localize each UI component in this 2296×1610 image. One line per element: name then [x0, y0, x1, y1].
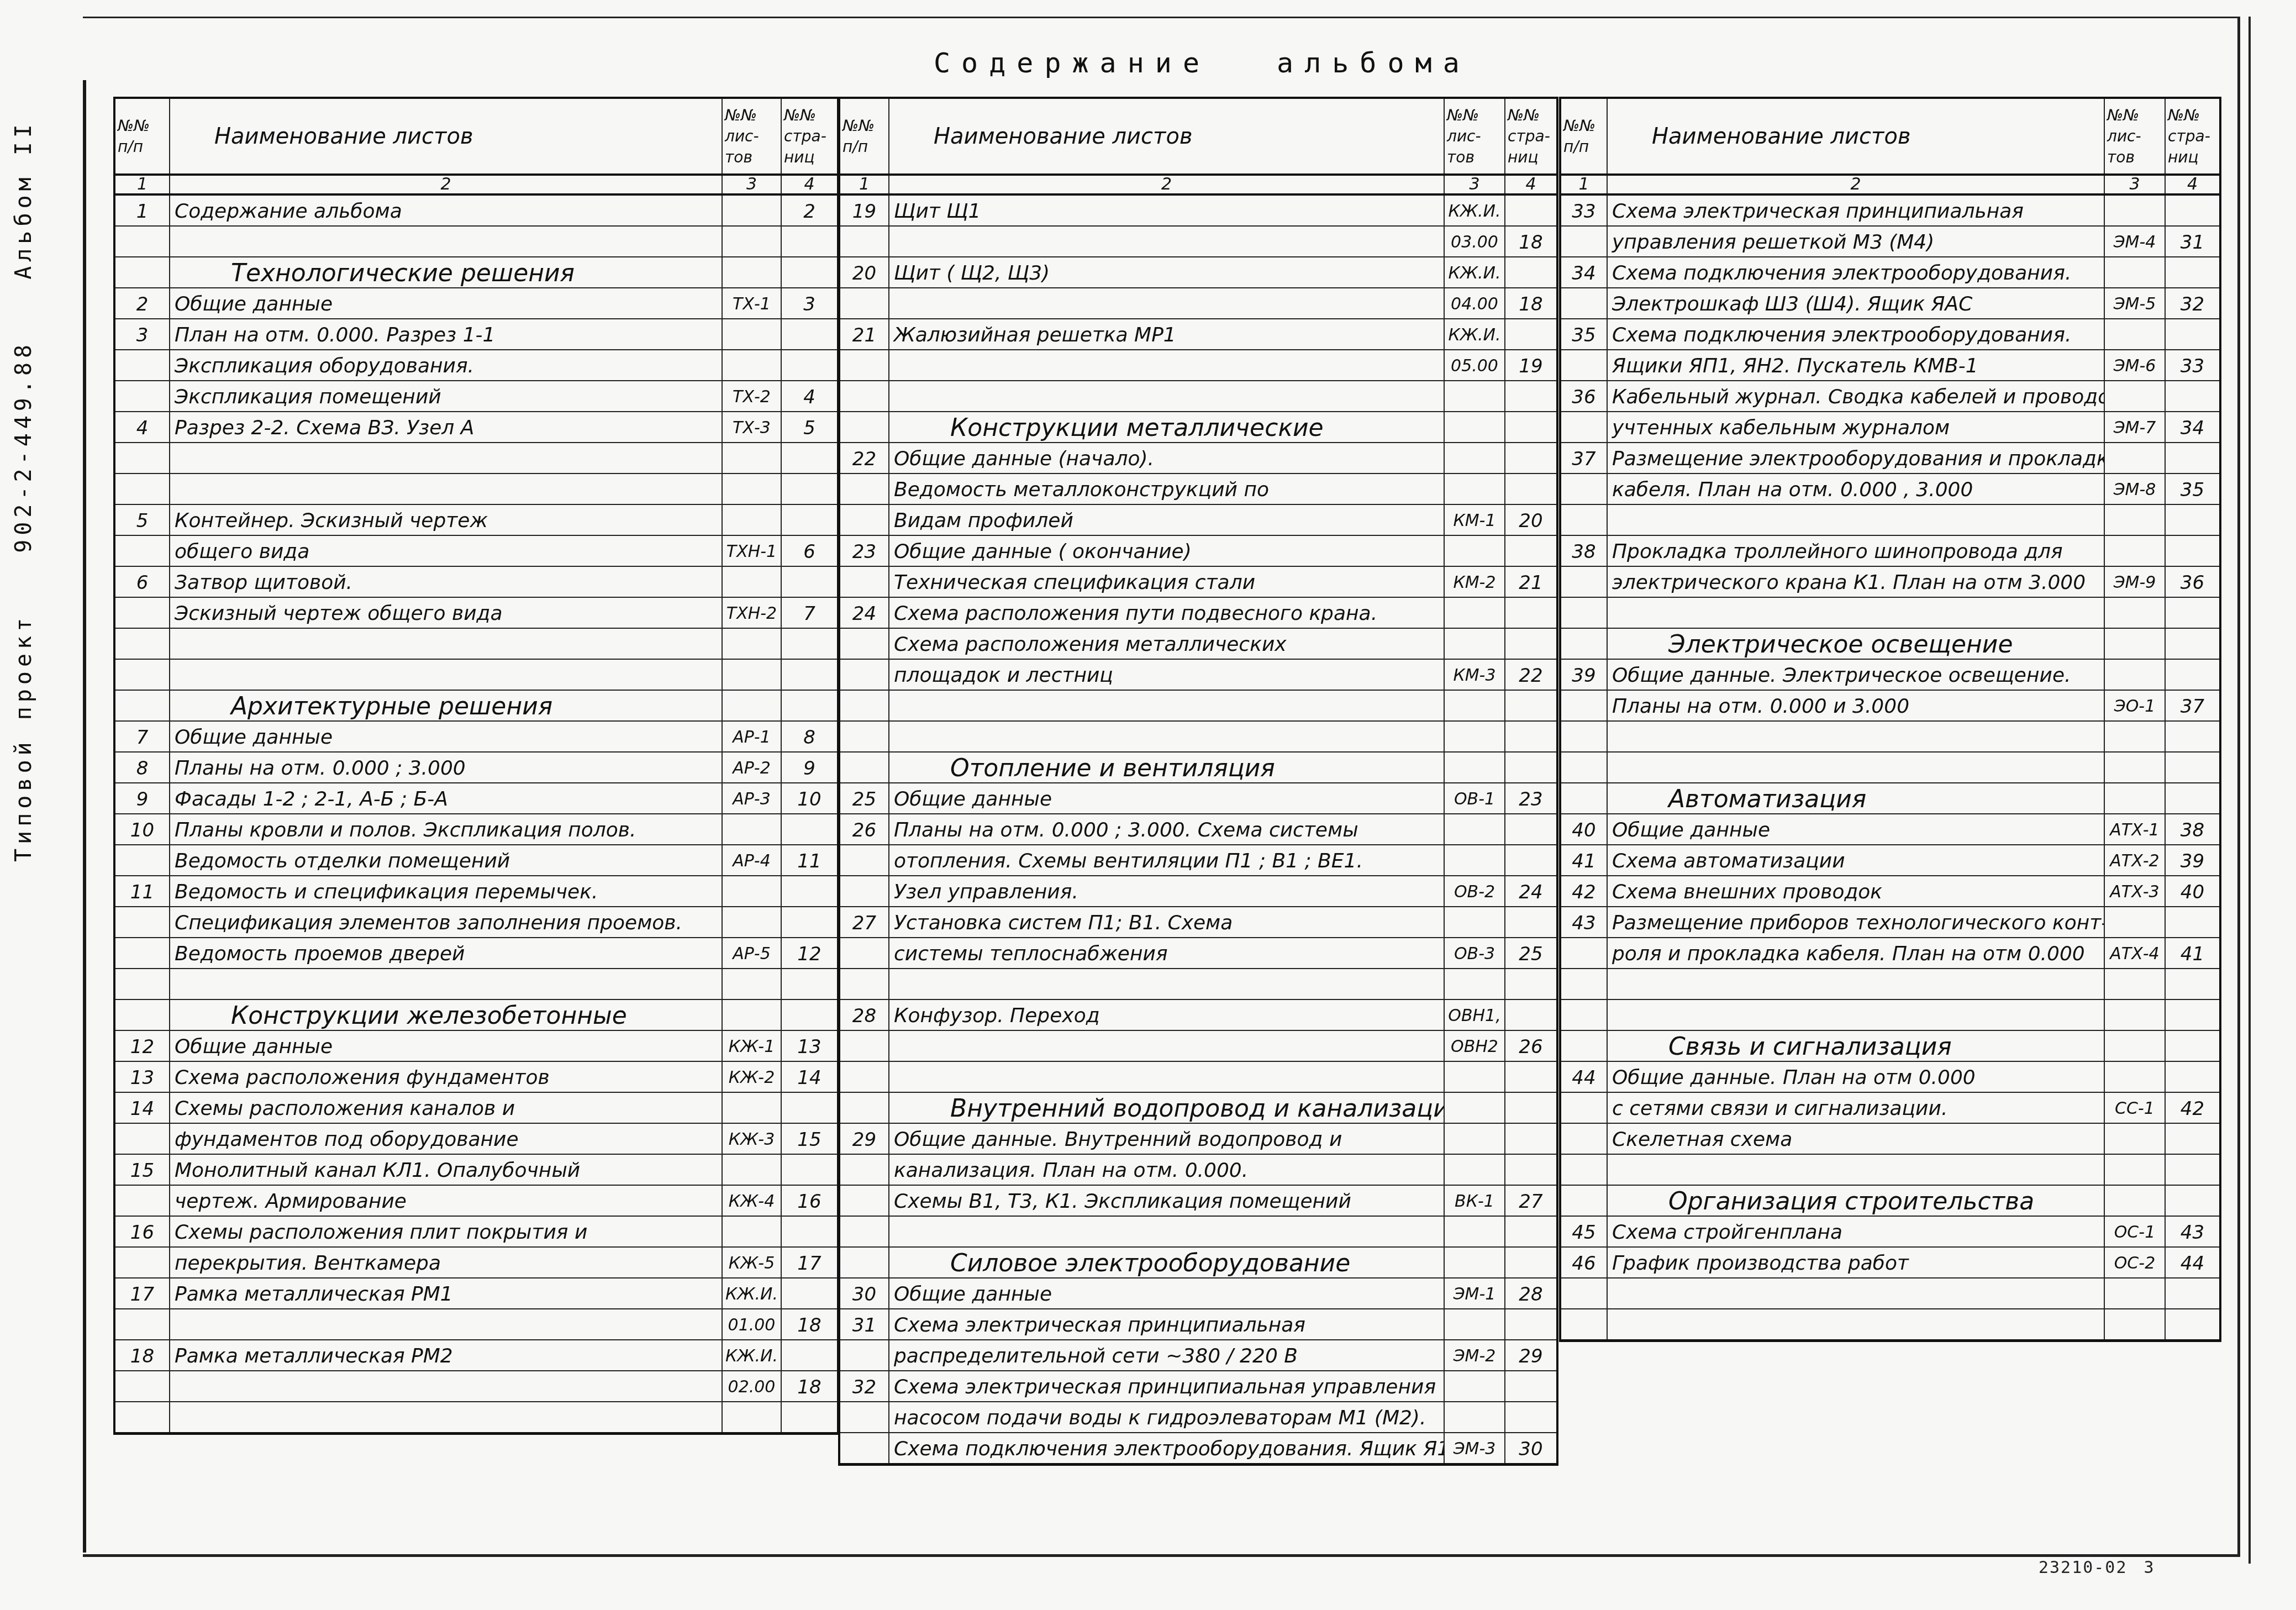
sheet-code: КЖ-5 [722, 1247, 781, 1278]
sheet-name: Ведомость металлоконструкций по [889, 473, 1444, 504]
item-number: 2 [114, 288, 170, 319]
sheet-code [1444, 381, 1505, 412]
sheet-name: Контейнер. Эскизный чертеж [170, 504, 722, 535]
item-number [1560, 1123, 1607, 1154]
sheet-code: КЖ-2 [722, 1061, 781, 1092]
item-number: 31 [839, 1309, 889, 1340]
page-number: 28 [1505, 1278, 1557, 1309]
table-row: 2Общие данныеТХ-13 [114, 288, 838, 319]
sheet-code: ТХН-1 [722, 535, 781, 566]
table-row: системы теплоснабженияОВ-325 [839, 938, 1557, 969]
empty-cell [2104, 1185, 2165, 1216]
page-number [1505, 814, 1557, 845]
table-row: 02.0018 [114, 1371, 838, 1402]
page-number [781, 473, 838, 504]
table-row: 32Схема электрическая принципиальная упр… [839, 1371, 1557, 1402]
item-number [1560, 938, 1607, 969]
contents-table-2: №№ п/п Наименование листов №№ лис- тов №… [838, 97, 1558, 1466]
item-number: 42 [1560, 876, 1607, 907]
page-number [781, 504, 838, 535]
col-header-name: Наименование листов [170, 98, 722, 175]
sheet-code [1444, 721, 1505, 752]
page-number: 43 [2165, 1216, 2220, 1247]
sheet-code [722, 319, 781, 350]
empty-cell [722, 690, 781, 721]
page-number [781, 350, 838, 381]
sheet-code: ЭМ-7 [2104, 412, 2165, 443]
item-number: 10 [114, 814, 170, 845]
sheet-code [722, 1216, 781, 1247]
empty-cell [2165, 1030, 2220, 1061]
item-number: 11 [114, 876, 170, 907]
page-number [781, 566, 838, 597]
sheet-name: Схема стройгенплана [1607, 1216, 2104, 1247]
sheet-code [2104, 1154, 2165, 1185]
sheet-name: Схема подключения электрооборудования. Я… [889, 1433, 1444, 1465]
sheet-name: перекрытия. Венткамера [170, 1247, 722, 1278]
sheet-code: АТХ-2 [2104, 845, 2165, 876]
column-index-cell: 2 [889, 175, 1444, 194]
sheet-code: КМ-1 [1444, 504, 1505, 535]
item-number [1560, 473, 1607, 504]
sheet-name: Планы на отм. 0.000 ; 3.000 [170, 752, 722, 783]
table-row: учтенных кабельным журналомЭМ-734 [1560, 412, 2220, 443]
sheet-name: Скелетная схема [1607, 1123, 2104, 1154]
sheet-name: Содержание альбома [170, 194, 722, 226]
item-number [114, 226, 170, 257]
sheet-code [722, 628, 781, 659]
sheet-code [2104, 504, 2165, 535]
page-number [781, 1216, 838, 1247]
page-number [2165, 659, 2220, 690]
empty-cell [1560, 1185, 1607, 1216]
sheet-code: ОС-2 [2104, 1247, 2165, 1278]
item-number [839, 628, 889, 659]
table-row [839, 721, 1557, 752]
sheet-name: электрического крана К1. План на отм 3.0… [1607, 566, 2104, 597]
sheet-name: Схема электрическая принципиальная управ… [889, 1371, 1444, 1402]
column-index-cell: 3 [722, 175, 781, 194]
page-number: 18 [1505, 226, 1557, 257]
item-number [839, 938, 889, 969]
empty-cell [114, 999, 170, 1030]
table-row [1560, 999, 2220, 1030]
page-number [1505, 721, 1557, 752]
sheet-code [2104, 659, 2165, 690]
item-number: 12 [114, 1030, 170, 1061]
sheet-code: ОВН1, [1444, 999, 1505, 1030]
sheet-code [2104, 907, 2165, 938]
sheet-name: План на отм. 0.000. Разрез 1-1 [170, 319, 722, 350]
table-row: 7Общие данныеАР-18 [114, 721, 838, 752]
table-row: 1Содержание альбома2 [114, 194, 838, 226]
item-number [839, 876, 889, 907]
sheet-code: ЭМ-9 [2104, 566, 2165, 597]
item-number [839, 1061, 889, 1092]
sheet-code: АТХ-4 [2104, 938, 2165, 969]
sheet-code: КМ-3 [1444, 659, 1505, 690]
sheet-name: учтенных кабельным журналом [1607, 412, 2104, 443]
empty-cell [722, 999, 781, 1030]
item-number [114, 597, 170, 628]
sheet-name: Электрошкаф Ш3 (Ш4). Ящик ЯАС [1607, 288, 2104, 319]
sheet-code: ЭМ-1 [1444, 1278, 1505, 1309]
table-row [114, 443, 838, 473]
item-number: 7 [114, 721, 170, 752]
sheet-name [1607, 504, 2104, 535]
page-number [781, 1154, 838, 1185]
item-number: 20 [839, 257, 889, 288]
page-number [2165, 969, 2220, 999]
item-number [839, 1402, 889, 1433]
sheet-name [170, 473, 722, 504]
item-number: 6 [114, 566, 170, 597]
sheet-code: КЖ.И. [1444, 319, 1505, 350]
table-row: 36Кабельный журнал. Сводка кабелей и про… [1560, 381, 2220, 412]
sheet-code [2104, 999, 2165, 1030]
item-number [839, 969, 889, 999]
col-header-np: №№ п/п [1560, 98, 1607, 175]
item-number [114, 1402, 170, 1434]
page-number: 6 [781, 535, 838, 566]
page-title-word2: альбома [1277, 47, 1471, 79]
sheet-name: Размещение электрооборудования и проклад… [1607, 443, 2104, 473]
sheet-name: насосом подачи воды к гидроэлеваторам М1… [889, 1402, 1444, 1433]
table-row [839, 1061, 1557, 1092]
item-number: 28 [839, 999, 889, 1030]
section-title: Внутренний водопровод и канализация [889, 1092, 1444, 1123]
sheet-code: КЖ-4 [722, 1185, 781, 1216]
sheet-code [1444, 1371, 1505, 1402]
item-number [114, 628, 170, 659]
sheet-code [722, 907, 781, 938]
col-header-name: Наименование листов [889, 98, 1444, 175]
item-number: 29 [839, 1123, 889, 1154]
page-number [1505, 907, 1557, 938]
table-row: 44Общие данные. План на отм 0.000 [1560, 1061, 2220, 1092]
table-row: роля и прокладка кабеля. План на отм 0.0… [1560, 938, 2220, 969]
item-number: 18 [114, 1340, 170, 1371]
page-number: 35 [2165, 473, 2220, 504]
sheet-name [1607, 721, 2104, 752]
sheet-name [170, 1309, 722, 1340]
page-number [1505, 1402, 1557, 1433]
sheet-name [889, 1216, 1444, 1247]
item-number: 33 [1560, 194, 1607, 226]
sheet-code [722, 194, 781, 226]
table-row: отопления. Схемы вентиляции П1 ; В1 ; ВЕ… [839, 845, 1557, 876]
sheet-name: кабеля. План на отм. 0.000 , 3.000 [1607, 473, 2104, 504]
sheet-name: Схема электрическая принципиальная [889, 1309, 1444, 1340]
table-row: 04.0018 [839, 288, 1557, 319]
table-row: 8Планы на отм. 0.000 ; 3.000АР-29 [114, 752, 838, 783]
section-title: Отопление и вентиляция [889, 752, 1444, 783]
sheet-code [1444, 1123, 1505, 1154]
empty-cell [1505, 752, 1557, 783]
sheet-name: Щит ( Щ2, Щ3) [889, 257, 1444, 288]
section-title: Технологические решения [170, 257, 722, 288]
table-row [1560, 504, 2220, 535]
section-heading-row: Силовое электрооборудование [839, 1247, 1557, 1278]
col-header-sheets: №№ лис- тов [2104, 98, 2165, 175]
page-number [1505, 319, 1557, 350]
page-number [2165, 907, 2220, 938]
item-number [114, 1247, 170, 1278]
table-row: Видам профилейКМ-120 [839, 504, 1557, 535]
empty-cell [1505, 1247, 1557, 1278]
empty-cell [1505, 1092, 1557, 1123]
item-number [1560, 412, 1607, 443]
empty-cell [781, 257, 838, 288]
item-number: 14 [114, 1092, 170, 1123]
sheet-code [722, 566, 781, 597]
page-number: 34 [2165, 412, 2220, 443]
section-title: Архитектурные решения [170, 690, 722, 721]
page-title: Содержаниеальбома [934, 47, 1471, 79]
item-number: 9 [114, 783, 170, 814]
sheet-code [2104, 969, 2165, 999]
page-number [2165, 319, 2220, 350]
item-number [839, 566, 889, 597]
item-number [114, 845, 170, 876]
page-number [781, 1340, 838, 1371]
sheet-code: АТХ-1 [2104, 814, 2165, 845]
page-number: 2 [781, 194, 838, 226]
sheet-code [2104, 1061, 2165, 1092]
item-number: 38 [1560, 535, 1607, 566]
item-number: 46 [1560, 1247, 1607, 1278]
sheet-code [2104, 752, 2165, 783]
sheet-name: Схемы расположения плит покрытия и [170, 1216, 722, 1247]
sheet-code: АТХ-3 [2104, 876, 2165, 907]
section-title: Организация строительства [1607, 1185, 2104, 1216]
sheet-name: Общие данные [889, 783, 1444, 814]
sheet-name: График производства работ [1607, 1247, 2104, 1278]
item-number: 39 [1560, 659, 1607, 690]
item-number [839, 1030, 889, 1061]
table-row: 3План на отм. 0.000. Разрез 1-1 [114, 319, 838, 350]
contents-table-3: №№ п/п Наименование листов №№ лис- тов №… [1559, 97, 2221, 1342]
sheet-name: Ведомость отделки помещений [170, 845, 722, 876]
page-number [1505, 999, 1557, 1030]
page-number: 26 [1505, 1030, 1557, 1061]
page-number: 18 [1505, 288, 1557, 319]
sheet-code: ЭО-1 [2104, 690, 2165, 721]
table-row: 40Общие данныеАТХ-138 [1560, 814, 2220, 845]
item-number: 45 [1560, 1216, 1607, 1247]
item-number: 44 [1560, 1061, 1607, 1092]
page-number: 29 [1505, 1340, 1557, 1371]
table-row: Ведомость проемов дверейАР-512 [114, 938, 838, 969]
table-row: 23Общие данные ( окончание) [839, 535, 1557, 566]
table-row: 31Схема электрическая принципиальная [839, 1309, 1557, 1340]
sheet-name [889, 226, 1444, 257]
item-number [114, 1309, 170, 1340]
page-number [2165, 535, 2220, 566]
item-number [1560, 350, 1607, 381]
empty-cell [2165, 628, 2220, 659]
item-number [839, 721, 889, 752]
table-row: Узел управления.ОВ-224 [839, 876, 1557, 907]
table-row: 26Планы на отм. 0.000 ; 3.000. Схема сис… [839, 814, 1557, 845]
sheet-name: Общие данные. Электрическое освещение. [1607, 659, 2104, 690]
page-number: 3 [781, 288, 838, 319]
section-heading-row: Технологические решения [114, 257, 838, 288]
sheet-name [1607, 1154, 2104, 1185]
table-row: 28Конфузор. ПереходОВН1, [839, 999, 1557, 1030]
sheet-code [2104, 257, 2165, 288]
sheet-name: Схема подключения электрооборудования. [1607, 319, 2104, 350]
page-title-word1: Содержание [934, 47, 1210, 79]
page-number: 32 [2165, 288, 2220, 319]
sheet-name: Общие данные. Внутренний водопровод и [889, 1123, 1444, 1154]
empty-cell [1560, 628, 1607, 659]
page-number [2165, 999, 2220, 1030]
item-number: 30 [839, 1278, 889, 1309]
sheet-code [1444, 1061, 1505, 1092]
page-number [781, 1402, 838, 1434]
sheet-code: КЖ.И. [722, 1278, 781, 1309]
item-number: 23 [839, 535, 889, 566]
sheet-code [1444, 597, 1505, 628]
sheet-name [170, 1402, 722, 1434]
table-row: 5Контейнер. Эскизный чертеж [114, 504, 838, 535]
page-number [1505, 969, 1557, 999]
sheet-name: Монолитный канал КЛ1. Опалубочный [170, 1154, 722, 1185]
sheet-name: распределительной сети ~380 / 220 В [889, 1340, 1444, 1371]
column-index-cell: 4 [781, 175, 838, 194]
sheet-name [889, 721, 1444, 752]
section-title: Связь и сигнализация [1607, 1030, 2104, 1061]
item-number: 32 [839, 1371, 889, 1402]
page-number [1505, 1123, 1557, 1154]
sheet-code [1444, 690, 1505, 721]
item-number: 24 [839, 597, 889, 628]
item-number [1560, 597, 1607, 628]
empty-cell [839, 412, 889, 443]
section-heading-row: Внутренний водопровод и канализация [839, 1092, 1557, 1123]
table-row: 18Рамка металлическая РМ2КЖ.И. [114, 1340, 838, 1371]
sheet-code [722, 504, 781, 535]
section-title: Электрическое освещение [1607, 628, 2104, 659]
table-row: Схема расположения металлических [839, 628, 1557, 659]
empty-cell [781, 690, 838, 721]
table-row: Техническая спецификация сталиКМ-221 [839, 566, 1557, 597]
page-number: 19 [1505, 350, 1557, 381]
sheet-code: ОВ-3 [1444, 938, 1505, 969]
page-number [1505, 535, 1557, 566]
table-row: Экспликация помещенийТХ-24 [114, 381, 838, 412]
page-number [781, 907, 838, 938]
empty-cell [1560, 783, 1607, 814]
item-number [1560, 288, 1607, 319]
section-heading-row: Архитектурные решения [114, 690, 838, 721]
section-heading-row: Электрическое освещение [1560, 628, 2220, 659]
sheet-code: КЖ.И. [722, 1340, 781, 1371]
page-number: 25 [1505, 938, 1557, 969]
table-row [1560, 1278, 2220, 1309]
item-number [114, 535, 170, 566]
sheet-code [2104, 194, 2165, 226]
sheet-name: Схема расположения пути подвесного крана… [889, 597, 1444, 628]
page-number [1505, 690, 1557, 721]
sheet-name: Прокладка троллейного шинопровода для [1607, 535, 2104, 566]
item-number: 27 [839, 907, 889, 938]
page-number: 37 [2165, 690, 2220, 721]
section-heading-row: Организация строительства [1560, 1185, 2220, 1216]
page-number [1505, 628, 1557, 659]
page-number: 41 [2165, 938, 2220, 969]
page-number: 17 [781, 1247, 838, 1278]
sheet-code [2104, 1309, 2165, 1341]
sheet-code [1444, 1402, 1505, 1433]
table-row [1560, 1309, 2220, 1341]
sheet-code [1444, 1154, 1505, 1185]
empty-cell [781, 999, 838, 1030]
page-number [1505, 194, 1557, 226]
item-number [1560, 1278, 1607, 1309]
page-number [2165, 1278, 2220, 1309]
item-number [839, 1433, 889, 1465]
sheet-name: системы теплоснабжения [889, 938, 1444, 969]
sheet-name: Общие данные [170, 721, 722, 752]
table-row: Эскизный чертеж общего видаТХН-27 [114, 597, 838, 628]
section-title: Автоматизация [1607, 783, 2104, 814]
page-number: 31 [2165, 226, 2220, 257]
empty-cell [2104, 628, 2165, 659]
section-heading-row: Конструкции железобетонные [114, 999, 838, 1030]
page-number: 40 [2165, 876, 2220, 907]
column-index-cell: 3 [2104, 175, 2165, 194]
page-number [2165, 1123, 2220, 1154]
sheet-name: Затвор щитовой. [170, 566, 722, 597]
sheet-name: Общие данные (начало). [889, 443, 1444, 473]
archive-code: 23210-02 [2039, 1558, 2128, 1577]
page-number [1505, 845, 1557, 876]
table-row: 6Затвор щитовой. [114, 566, 838, 597]
item-number: 21 [839, 319, 889, 350]
sheet-name [889, 1061, 1444, 1092]
sheet-code: КЖ.И. [1444, 194, 1505, 226]
table-row: 33Схема электрическая принципиальная [1560, 194, 2220, 226]
sheet-code: ОВ-2 [1444, 876, 1505, 907]
page-number [2165, 597, 2220, 628]
sheet-name [170, 226, 722, 257]
table-row: управления решеткой М3 (М4)ЭМ-431 [1560, 226, 2220, 257]
column-index-cell: 4 [2165, 175, 2220, 194]
item-number: 1 [114, 194, 170, 226]
sheet-name [889, 288, 1444, 319]
item-number [1560, 721, 1607, 752]
sheet-code: КЖ-3 [722, 1123, 781, 1154]
column-index-cell: 1 [839, 175, 889, 194]
page-number [2165, 1309, 2220, 1341]
item-number [1560, 690, 1607, 721]
page-number [781, 659, 838, 690]
side-album-label: Альбом II [11, 120, 36, 280]
contents-table-1: №№ п/п Наименование листов №№ лис- тов №… [113, 97, 839, 1435]
item-number [114, 473, 170, 504]
table-row [1560, 969, 2220, 999]
item-number: 13 [114, 1061, 170, 1092]
sheet-name: Общие данные [170, 1030, 722, 1061]
sheet-code: ЭМ-5 [2104, 288, 2165, 319]
table-row: 25Общие данныеОВ-123 [839, 783, 1557, 814]
col-header-pages: №№ стра- ниц [2165, 98, 2220, 175]
sheet-code [1444, 969, 1505, 999]
sheet-name: Разрез 2-2. Схема ВЗ. Узел А [170, 412, 722, 443]
table-row [1560, 721, 2220, 752]
